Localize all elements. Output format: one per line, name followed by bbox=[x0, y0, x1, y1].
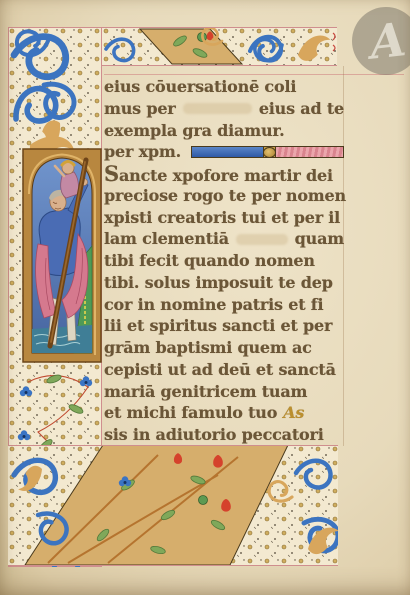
latin-text: per xpm. bbox=[104, 141, 181, 163]
text-line: sis in adiutorio peccatori bbox=[104, 424, 344, 446]
text-line: tibi fecit quando nomen bbox=[104, 250, 344, 272]
latin-text: et michi famulo tuo bbox=[104, 402, 277, 424]
text-line: cepisti ut ad deū et sanctā bbox=[104, 359, 344, 381]
text-line: et michi famulo tuoAs bbox=[104, 402, 344, 424]
filler-pink-segment bbox=[275, 147, 343, 157]
text-line: cor in nomine patris et fi bbox=[104, 294, 344, 316]
manuscript-page: { "stamp": { "glyph": "A" }, "miniature"… bbox=[0, 0, 410, 595]
erased-word bbox=[183, 103, 252, 114]
latin-text: eius ad te bbox=[259, 98, 344, 120]
text-line: preciose rogo te per nomen bbox=[104, 185, 344, 207]
latin-text: ancte xpofore martir dei bbox=[119, 165, 333, 187]
top-border-band bbox=[102, 27, 337, 66]
latin-text: grām baptismi quem ac bbox=[104, 337, 312, 359]
initial-letter: S bbox=[104, 163, 119, 185]
text-line: mus pereius ad te bbox=[104, 98, 344, 120]
latin-text: sis in adiutorio peccatori bbox=[104, 424, 324, 446]
text-line: mariā genitricem tuam bbox=[104, 381, 344, 403]
latin-text: quam bbox=[295, 228, 344, 250]
latin-text: lii et spiritus sancti et per bbox=[104, 315, 332, 337]
ruling-line-horizontal bbox=[104, 74, 404, 75]
latin-text: tibi fecit quando nomen bbox=[104, 250, 315, 272]
latin-text: exempla gra diamur. bbox=[104, 120, 285, 142]
text-line: xpisti creatoris tui et per il bbox=[104, 207, 344, 229]
text-line: tibi. solus imposuit te dep bbox=[104, 272, 344, 294]
erased-word bbox=[236, 234, 288, 245]
latin-text: cepisti ut ad deū et sanctā bbox=[104, 359, 336, 381]
watermark-letter: A bbox=[368, 16, 408, 65]
text-line: Sancte xpofore martir dei bbox=[104, 163, 344, 185]
text-line: per xpm. bbox=[104, 141, 344, 163]
latin-text: xpisti creatoris tui et per il bbox=[104, 207, 340, 229]
latin-text: lam clementiā bbox=[104, 228, 229, 250]
latin-text: cor in nomine patris et fi bbox=[104, 294, 323, 316]
text-line: grām baptismi quem ac bbox=[104, 337, 344, 359]
filler-gold-knob bbox=[263, 147, 276, 158]
auction-watermark-stamp: A bbox=[352, 7, 410, 75]
filler-blue-segment bbox=[192, 147, 264, 157]
text-line: lii et spiritus sancti et per bbox=[104, 315, 344, 337]
saint-christopher-miniature bbox=[22, 148, 102, 363]
text-line: lam clementiāquam bbox=[104, 228, 344, 250]
latin-text: mus per bbox=[104, 98, 176, 120]
bottom-border-band bbox=[8, 445, 338, 566]
text-line: eius cōuersationē coli bbox=[104, 76, 344, 98]
latin-text: mariā genitricem tuam bbox=[104, 381, 307, 403]
text-line: exempla gra diamur. bbox=[104, 120, 344, 142]
gold-catchword: As bbox=[283, 402, 304, 424]
line-filler-bar bbox=[191, 146, 344, 158]
latin-text-block: eius cōuersationē coli mus pereius ad te… bbox=[104, 76, 344, 448]
latin-text: eius cōuersationē coli bbox=[104, 76, 296, 98]
latin-text: preciose rogo te per nomen bbox=[104, 185, 346, 207]
latin-text: tibi. solus imposuit te dep bbox=[104, 272, 333, 294]
